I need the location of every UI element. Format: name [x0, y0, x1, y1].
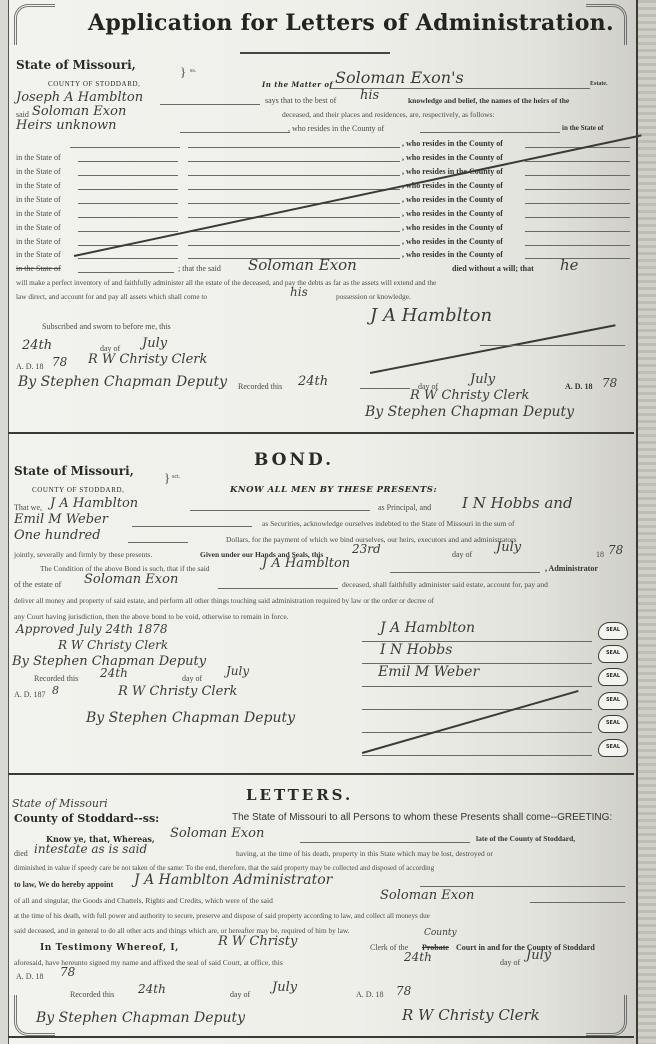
letters-recorded-year: 78 [396, 984, 411, 998]
seal-icon: SEAL [598, 668, 628, 686]
app-recorded-ad: A. D. 18 [565, 382, 593, 391]
letters-recorded-month: July [272, 980, 297, 995]
heir-row-line [78, 217, 178, 218]
bond-signature: I N Hobbs [380, 642, 452, 658]
letters-title: LETTERS. [246, 786, 353, 804]
app-ss: ss. [190, 68, 196, 74]
bond-signature-line [362, 686, 592, 687]
section-divider-2 [8, 773, 634, 775]
heir-row-line [78, 258, 178, 259]
heir-row-resides: , who resides in the County of [402, 139, 503, 148]
clerk-of-text: Clerk of the [370, 943, 408, 952]
heir-row-line [188, 245, 400, 246]
app-county: COUNTY OF STODDARD, [48, 80, 141, 88]
letters-recorded-day-of: day of [230, 990, 250, 999]
sum-line [128, 542, 188, 543]
possession-pronoun: his [290, 285, 308, 299]
deceased-name: Soloman Exon's [335, 68, 464, 87]
last-state-label: in the State of [16, 264, 61, 273]
heir-row-line [188, 175, 400, 176]
given-month: July [496, 540, 521, 555]
late-of: late of the County of Stoddard, [476, 834, 575, 843]
heir-row-state: in the State of [16, 223, 61, 232]
approved-clerk: R W Christy Clerk [58, 638, 168, 652]
heir-row-resides: , who resides in the County of [402, 250, 503, 259]
heir-row-state: in the State of [16, 250, 61, 259]
sworn-deputy-sig: By Stephen Chapman Deputy [18, 374, 227, 390]
says-text: says that to the best of [265, 96, 336, 105]
sworn-clerk-sig: R W Christy Clerk [88, 352, 207, 367]
goods-line [530, 902, 625, 903]
given-day-of: day of [452, 550, 472, 559]
letters-county: County of Stoddard--ss: [14, 812, 159, 825]
heir-row-line [188, 217, 400, 218]
letters-deceased: Soloman Exon [170, 826, 264, 841]
letters-clerk: R W Christy Clerk [402, 1006, 540, 1024]
approved-text: Approved July 24th 1878 [16, 622, 168, 636]
letters-ad: A. D. 18 [16, 972, 44, 981]
that-we: That we, [14, 503, 42, 512]
corner-ornament-top-left [14, 4, 55, 45]
appointee-line [420, 886, 625, 887]
heir-row-county-line [525, 161, 630, 162]
seal-icon: SEAL [598, 622, 628, 640]
administrator-name: J A Hamblton [262, 556, 350, 571]
section-divider-1 [8, 432, 634, 434]
given-year-prefix: 18 [596, 550, 604, 559]
bond-recorded-clerk: R W Christy Clerk [118, 684, 237, 699]
bond-signature-line [362, 732, 592, 733]
bond-state-header: State of Missouri, [14, 464, 134, 478]
heir-row-resides: , who resides in the County of [402, 209, 503, 218]
bond-recorded-deputy: By Stephen Chapman Deputy [86, 710, 295, 726]
bond-signature-line [362, 709, 592, 710]
died-text: died without a will; that [452, 264, 534, 273]
bond-ss: sct. [172, 474, 180, 480]
subscribed-text: Subscribed and sworn to before me, this [42, 322, 171, 331]
given-year: 78 [608, 543, 623, 557]
bond-sum: One hundred [14, 528, 101, 543]
pronoun-he: he [560, 256, 579, 274]
knowledge-text: knowledge and belief, the names of the h… [408, 96, 569, 105]
bond-title: BOND. [254, 450, 334, 470]
heir-row-state: in the State of [16, 181, 61, 190]
applicant-name: Joseph A Hamblton [16, 90, 143, 105]
heir-row-county-line [525, 189, 630, 190]
heir-row-line [78, 231, 178, 232]
heir-row-state: in the State of [16, 167, 61, 176]
heir-row-line [188, 189, 400, 190]
sworn-month: July [142, 336, 167, 351]
bond-recorded-label: Recorded this [34, 674, 78, 683]
first-heir-line [180, 132, 290, 133]
heir-row-line [188, 147, 400, 148]
aforesaid-text: aforesaid, have hereunto signed my name … [14, 958, 283, 967]
diminished-text: diminished in value if speedy care be no… [14, 864, 434, 872]
letters-day: 24th [404, 950, 432, 964]
administrator-label: , Administrator [545, 564, 598, 573]
app-recorded-clerk: R W Christy Clerk [410, 388, 529, 403]
first-heir: Heirs unknown [16, 118, 117, 133]
seal-icon: SEAL [598, 739, 628, 757]
title-underline [240, 52, 390, 54]
bond-signature: Emil M Weber [378, 664, 479, 680]
bond-recorded-month: July [226, 664, 249, 678]
died-label: died [14, 849, 28, 858]
heir-row-line [188, 203, 400, 204]
surety-1: I N Hobbs and [462, 494, 573, 512]
letters-deceased-line [300, 842, 470, 843]
first-heir-county-line [420, 132, 560, 133]
goods-text: of all and singular, the Goods and Chatt… [14, 896, 273, 905]
seal-icon: SEAL [598, 715, 628, 733]
heir-row-line [188, 161, 400, 162]
in-matter-label: In the Matter of [262, 80, 333, 89]
app-recorded-day: 24th [298, 374, 328, 389]
securities-text: as Securities, acknowledge ourselves ind… [262, 519, 514, 528]
recorded-day-line [360, 388, 410, 389]
applicant-signature: J A Hamblton [370, 305, 492, 326]
sig-line [480, 345, 625, 346]
principal-line [190, 510, 370, 511]
inserted-court: County [424, 928, 457, 938]
heir-row-resides: , who resides in the County of [402, 237, 503, 246]
heir-row-state: in the State of [16, 153, 61, 162]
heir-row-line [70, 147, 180, 148]
heir-row-line [78, 161, 178, 162]
heir-row-county-line [525, 245, 630, 246]
know-all-men: KNOW ALL MEN BY THESE PRESENTS: [230, 485, 437, 495]
sworn-year: 78 [52, 355, 67, 369]
heir-row-line [78, 203, 178, 204]
app-recorded-label: Recorded this [238, 382, 282, 391]
letters-recorded-label: Recorded this [70, 990, 114, 999]
said-deceased-text: said deceased, and in general to do all … [14, 926, 349, 935]
that-the-said: ; that the said [178, 264, 221, 273]
heir-row-line [78, 189, 178, 190]
bond-recorded-ad: A. D. 187 [14, 690, 46, 699]
given-day: 23rd [352, 542, 381, 556]
last-state-line [78, 272, 174, 273]
inventory-text: will make a perfect inventory of and fai… [16, 278, 436, 287]
died-hand: intestate as is said [34, 842, 147, 856]
sworn-day: 24th [22, 338, 52, 353]
having-text: having, at the time of his death, proper… [236, 849, 493, 858]
corner-ornament-bottom-right [586, 995, 627, 1036]
estate-label: Estate. [590, 81, 608, 87]
letters-recorded-day: 24th [138, 982, 166, 996]
bond-deceased-text: deceased, shall faithfully administer sa… [342, 580, 548, 589]
law-text: law direct, and account for and pay all … [16, 292, 207, 301]
applicant-line [160, 104, 260, 105]
app-recorded-deputy: By Stephen Chapman Deputy [365, 404, 574, 420]
goods-name: Soloman Exon [380, 888, 474, 903]
appointee: J A Hamblton Administrator [134, 872, 332, 888]
time-text: at the time of his death, with full powe… [14, 912, 430, 920]
estate-of-name: Soloman Exon [84, 572, 178, 587]
court-text: any Court having jurisdiction, then the … [14, 612, 289, 621]
heir-row-state: in the State of [16, 237, 61, 246]
bond-recorded-year: 8 [52, 684, 59, 697]
first-heir-resides: , who resides in the County of [288, 124, 384, 133]
said-deceased: Soloman Exon [32, 104, 126, 119]
letters-greeting: The State of Missouri to all Persons to … [232, 812, 612, 823]
pronoun-his: his [360, 88, 379, 103]
sworn-ad: A. D. 18 [16, 362, 44, 371]
surety-2: Emil M Weber [14, 512, 108, 527]
letters-deputy: By Stephen Chapman Deputy [36, 1010, 245, 1026]
died-name: Soloman Exon [248, 256, 357, 274]
bond-signature: J A Hamblton [380, 620, 475, 636]
deceased-text: deceased, and their places and residence… [282, 110, 495, 119]
letters-year: 78 [60, 965, 75, 979]
letters-recorded-ad: A. D. 18 [356, 990, 384, 999]
seal-icon: SEAL [598, 645, 628, 663]
heir-row-line [78, 245, 178, 246]
estate-of-label: of the estate of [14, 580, 61, 589]
heir-row-line [78, 175, 178, 176]
surety-line [132, 526, 252, 527]
bottom-border [8, 1036, 634, 1038]
letters-day-of: day of [500, 958, 520, 967]
heir-row-state: in the State of [16, 195, 61, 204]
jointly-text: jointly, severally and firmly by these p… [14, 550, 152, 559]
as-principal: as Principal, and [378, 503, 431, 512]
bond-recorded-day-of: day of [182, 674, 202, 683]
letters-state-hand: State of Missouri [12, 797, 108, 810]
app-brace: } [180, 64, 186, 80]
page-edge [636, 0, 656, 1044]
first-heir-state: in the State of [562, 124, 603, 132]
heir-row-resides: , who resides in the County of [402, 223, 503, 232]
heir-row-county-line [525, 231, 630, 232]
bond-recorded-day: 24th [100, 666, 128, 680]
application-title: Application for Letters of Administratio… [88, 10, 614, 36]
admin-line [390, 572, 540, 573]
estate-of-line [218, 588, 338, 589]
bond-signature-line [362, 755, 592, 756]
deliver-text: deliver all money and property of said e… [14, 596, 434, 605]
testimony: In Testimony Whereof, I, [40, 943, 179, 953]
bond-brace: } [164, 470, 170, 486]
bond-principal: J A Hamblton [50, 496, 138, 511]
possession-text: possession or knowledge. [336, 292, 411, 301]
heir-row-state: in the State of [16, 209, 61, 218]
heir-row-resides: , who resides in the County of [402, 195, 503, 204]
bond-county: COUNTY OF STODDARD, [32, 486, 125, 494]
app-recorded-year: 78 [602, 376, 617, 390]
heir-row-county-line [525, 203, 630, 204]
heir-row-resides: , who resides in the County of [402, 153, 503, 162]
heir-row-county-line [525, 217, 630, 218]
seal-icon: SEAL [598, 692, 628, 710]
app-recorded-month: July [470, 372, 495, 387]
appoint-text: to law, We do hereby appoint [14, 880, 113, 889]
testimony-clerk: R W Christy [218, 934, 297, 949]
letters-month: July [526, 948, 551, 963]
app-state-header: State of Missouri, [16, 58, 136, 72]
heir-row-line [188, 231, 400, 232]
heir-row-county-line [525, 175, 630, 176]
